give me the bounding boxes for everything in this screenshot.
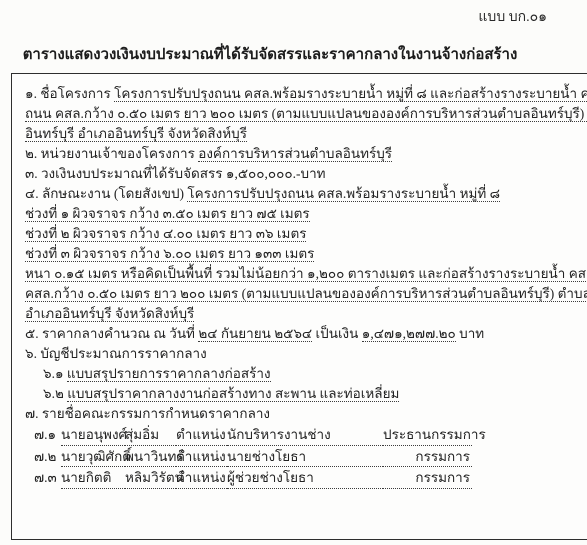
member-number: ๗.๑ — [34, 424, 61, 446]
static-label: ๖. บัญชีประมาณการราคากลาง — [25, 346, 207, 361]
scanned-form-page: { "page": { "form_code": "แบบ บก.๐๑", "t… — [0, 0, 587, 545]
document-border-box: ๑. ชื่อโครงการ โครงการปรับปรุงถนน คสล.พร… — [11, 73, 587, 540]
member-committee-role: กรรมการ — [383, 446, 472, 468]
static-label: บาท — [456, 326, 484, 341]
member-position: นักบริหารงานช่าง — [227, 424, 383, 446]
fill-in-value: อำเภออินทร์บุรี จังหวัดสิงห์บุรี — [25, 306, 194, 322]
fill-in-value: ๑,๔๗๑,๒๗๗.๒๐ — [362, 326, 456, 342]
fill-in-value: ช่วงที่ ๒ ผิวจราจร กว้าง ๔.๐๐ เมตร ยาว ๓… — [25, 226, 306, 242]
position-label: ตำแหน่ง — [176, 424, 227, 446]
fill-in-value: อินทร์บุรี อำเภออินทร์บุรี จังหวัดสิงห์บ… — [25, 126, 247, 142]
body-lines: ๑. ชื่อโครงการ โครงการปรับปรุงถนน คสล.พร… — [25, 84, 586, 424]
committee-member-row: ๗.๒ นายวุฒิศักดิ์พนาวินทร์ตำแหน่งนายช่าง… — [25, 446, 586, 468]
document-line: ช่วงที่ ๓ ผิวจราจร กว้าง ๖.๐๐ เมตร ยาว ๑… — [25, 244, 586, 264]
static-label: ๕. ราคากลางคำนวณ ณ วันที่ — [25, 326, 198, 341]
member-number: ๗.๓ — [34, 467, 61, 489]
fill-in-value: องค์การบริหารส่วนตำบลอินทร์บุรี — [198, 146, 392, 162]
fill-in-value: ช่วงที่ ๑ ผิวจราจร กว้าง ๓.๕๐ เมตร ยาว ๗… — [25, 206, 310, 222]
committee-rows: ๗.๑ นายอนุพงศ์สุ่มอิ่มตำแหน่งนักบริหารงา… — [25, 424, 586, 489]
form-code-label: แบบ บก.๐๑ — [478, 6, 547, 28]
static-label: ๑. ชื่อโครงการ — [25, 86, 114, 101]
committee-member-row: ๗.๓ นายกิตติหลิมวิรัตน์ตำแหน่งผู้ช่วยช่า… — [25, 467, 586, 489]
static-label: ๖.๒ — [43, 386, 67, 401]
fill-in-value: แบบสรุปราคากลางงานก่อสร้างทาง สะพาน และท… — [67, 386, 399, 402]
static-label: ๓. วงเงินงบประมาณที่ได้รับจัดสรร ๑,๕๐๐,๐… — [25, 166, 326, 181]
member-last-name: หลิมวิรัตน์ — [125, 467, 176, 489]
document-line: ๖.๒ แบบสรุปราคากลางงานก่อสร้างทาง สะพาน … — [25, 384, 586, 404]
member-position: ผู้ช่วยช่างโยธา — [227, 467, 383, 489]
member-first-name: นายวุฒิศักดิ์ — [61, 446, 125, 468]
member-first-name: นายอนุพงศ์ — [61, 424, 125, 446]
member-first-name: นายกิตติ — [61, 467, 125, 489]
static-label: ๔. ลักษณะงาน (โดยสังเขป) — [25, 186, 187, 201]
document-line: ๓. วงเงินงบประมาณที่ได้รับจัดสรร ๑,๕๐๐,๐… — [25, 164, 586, 184]
document-line: หนา ๐.๑๕ เมตร หรือคิดเป็นพื้นที่ รวมไม่น… — [25, 264, 586, 284]
static-label: ๒. หน่วยงานเจ้าของโครงการ — [25, 146, 198, 161]
document-line: ช่วงที่ ๑ ผิวจราจร กว้าง ๓.๕๐ เมตร ยาว ๗… — [25, 204, 586, 224]
document-line: ๕. ราคากลางคำนวณ ณ วันที่ ๒๔ กันยายน ๒๕๖… — [25, 324, 586, 344]
member-committee-role: ประธานกรรมการ — [383, 424, 472, 446]
document-line: ๔. ลักษณะงาน (โดยสังเขป) โครงการปรับปรุง… — [25, 184, 586, 204]
fill-in-value: หนา ๐.๑๕ เมตร หรือคิดเป็นพื้นที่ รวมไม่น… — [25, 266, 587, 282]
page-title: ตารางแสดงวงเงินงบประมาณที่ได้รับจัดสรรแล… — [0, 42, 540, 66]
position-label: ตำแหน่ง — [176, 467, 227, 489]
fill-in-value: ถนน คสล.กว้าง ๐.๕๐ เมตร ยาว ๒๐๐ เมตร (ตา… — [25, 106, 587, 122]
fill-in-value: ๒๔ กันยายน ๒๕๖๔ — [198, 326, 312, 342]
static-label: ๖.๑ — [43, 366, 67, 381]
member-number: ๗.๒ — [34, 446, 61, 468]
fill-in-value: โครงการปรับปรุงถนน คสล.พร้อมรางระบายน้ำ … — [114, 86, 587, 102]
member-last-name: สุ่มอิ่ม — [125, 424, 176, 446]
document-line: ๖.๑ แบบสรุปรายการราคากลางก่อสร้าง — [25, 364, 586, 384]
member-committee-role: กรรมการ — [383, 467, 472, 489]
document-line: อำเภออินทร์บุรี จังหวัดสิงห์บุรี — [25, 304, 586, 324]
document-line: ๒. หน่วยงานเจ้าของโครงการ องค์การบริหารส… — [25, 144, 586, 164]
document-line: ช่วงที่ ๒ ผิวจราจร กว้าง ๔.๐๐ เมตร ยาว ๓… — [25, 224, 586, 244]
static-label: ๗. รายชื่อคณะกรรมการกำหนดราคากลาง — [25, 406, 270, 421]
document-line: ถนน คสล.กว้าง ๐.๕๐ เมตร ยาว ๒๐๐ เมตร (ตา… — [25, 104, 586, 124]
document-line: ๖. บัญชีประมาณการราคากลาง — [25, 344, 586, 364]
fill-in-value: คสล.กว้าง ๐.๕๐ เมตร ยาว ๒๐๐ เมตร (ตามแบบ… — [25, 286, 587, 302]
member-position: นายช่างโยธา — [227, 446, 383, 468]
fill-in-value: แบบสรุปรายการราคากลางก่อสร้าง — [67, 366, 271, 382]
position-label: ตำแหน่ง — [176, 446, 227, 468]
static-label: เป็นเงิน — [312, 326, 362, 341]
member-last-name: พนาวินทร์ — [125, 446, 176, 468]
document-line: อินทร์บุรี อำเภออินทร์บุรี จังหวัดสิงห์บ… — [25, 124, 586, 144]
document-line: ๑. ชื่อโครงการ โครงการปรับปรุงถนน คสล.พร… — [25, 84, 586, 104]
committee-member-row: ๗.๑ นายอนุพงศ์สุ่มอิ่มตำแหน่งนักบริหารงา… — [25, 424, 586, 446]
fill-in-value: ช่วงที่ ๓ ผิวจราจร กว้าง ๖.๐๐ เมตร ยาว ๑… — [25, 246, 314, 262]
document-line: ๗. รายชื่อคณะกรรมการกำหนดราคากลาง — [25, 404, 586, 424]
document-line: คสล.กว้าง ๐.๕๐ เมตร ยาว ๒๐๐ เมตร (ตามแบบ… — [25, 284, 586, 304]
fill-in-value: โครงการปรับปรุงถนน คสล.พร้อมรางระบายน้ำ … — [187, 186, 500, 202]
